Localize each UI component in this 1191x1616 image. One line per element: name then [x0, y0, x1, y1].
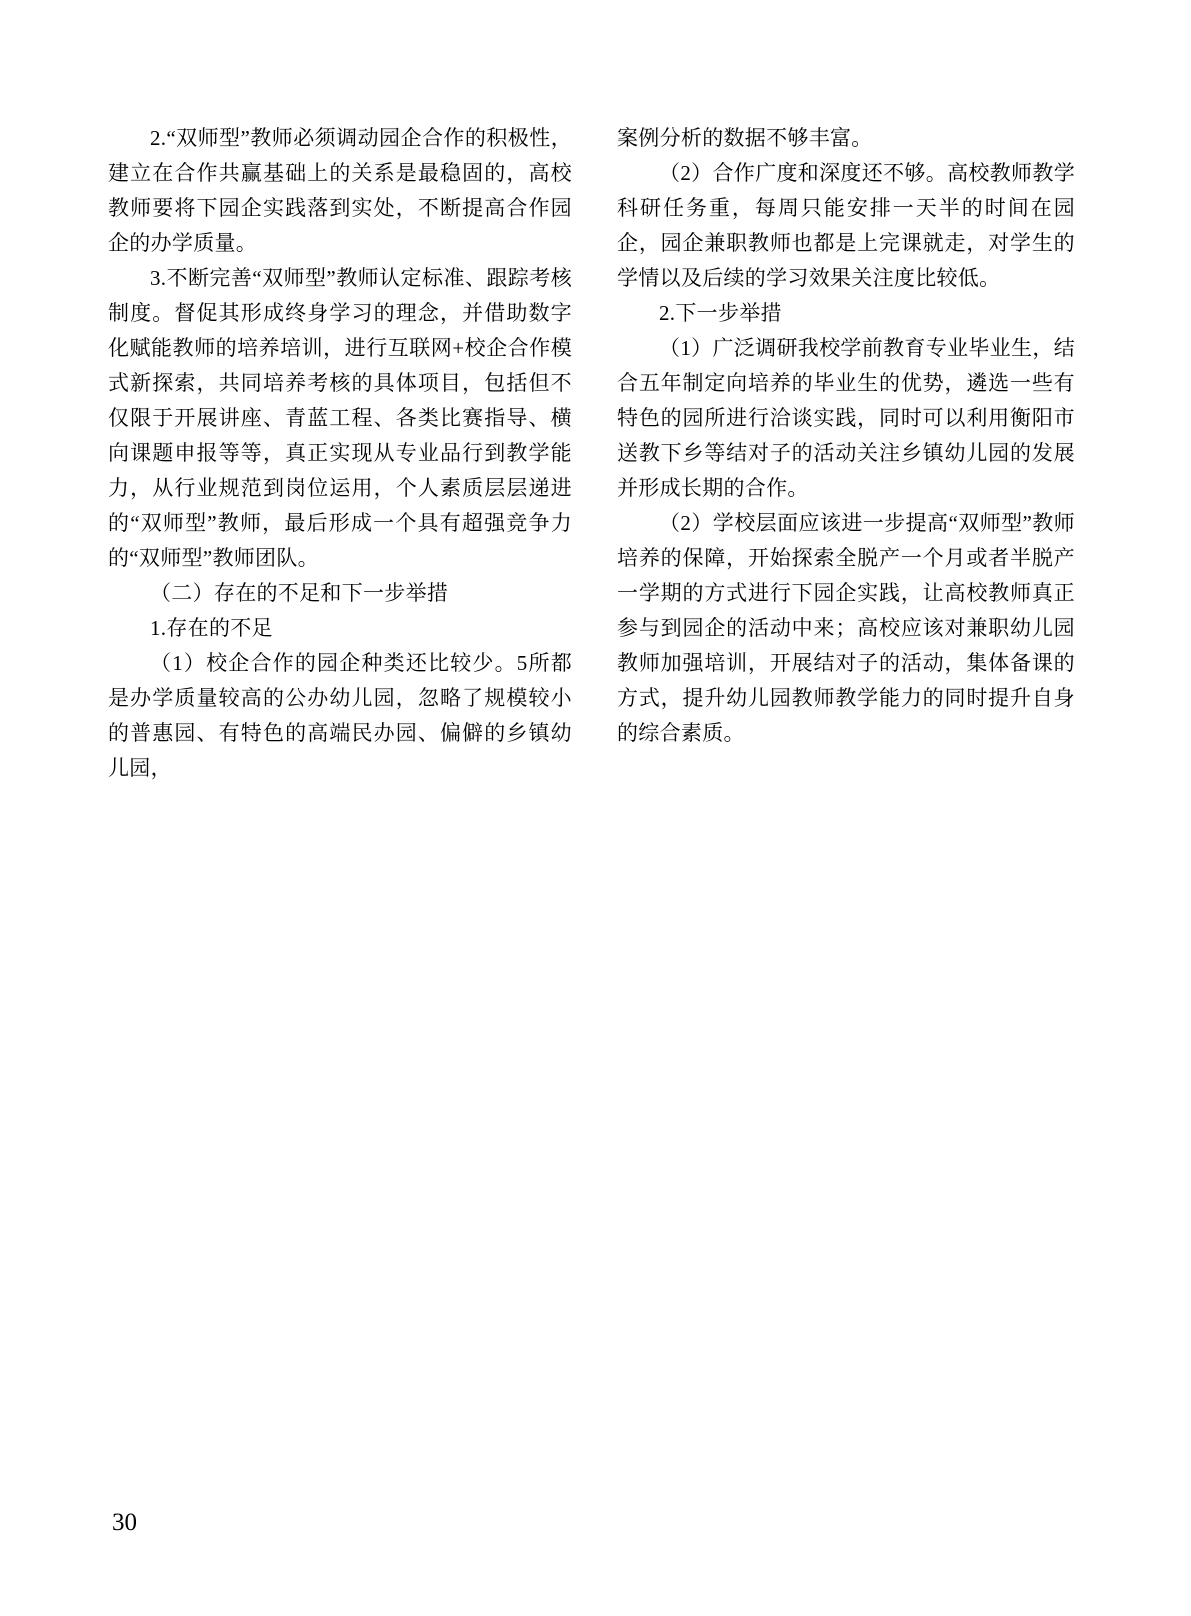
left-column: 2.“双师型”教师必须调动园企合作的积极性，建立在合作共赢基础上的关系是最稳固的…	[108, 121, 572, 786]
two-column-text-block: 2.“双师型”教师必须调动园企合作的积极性，建立在合作共赢基础上的关系是最稳固的…	[108, 121, 1075, 786]
paragraph-next-step-1: （1）广泛调研我校学前教育专业毕业生，结合五年制定向培养的毕业生的优势，遴选一些…	[617, 331, 1075, 506]
subsection-heading-shortcomings: 1.存在的不足	[108, 611, 572, 646]
subsection-heading-next-steps: 2.下一步举措	[617, 296, 1075, 331]
paragraph-shortcoming-1-continuation: 案例分析的数据不够丰富。	[617, 121, 1075, 156]
section-heading-shortcomings-and-next-steps: （二）存在的不足和下一步举措	[108, 576, 572, 611]
paragraph-item-2: 2.“双师型”教师必须调动园企合作的积极性，建立在合作共赢基础上的关系是最稳固的…	[108, 121, 572, 261]
page-number: 30	[112, 1508, 137, 1538]
document-page: 2.“双师型”教师必须调动园企合作的积极性，建立在合作共赢基础上的关系是最稳固的…	[0, 0, 1191, 1616]
paragraph-item-3: 3.不断完善“双师型”教师认定标准、跟踪考核制度。督促其形成终身学习的理念，并借…	[108, 261, 572, 576]
right-column: 案例分析的数据不够丰富。 （2）合作广度和深度还不够。高校教师教学科研任务重，每…	[617, 121, 1075, 786]
paragraph-shortcoming-2: （2）合作广度和深度还不够。高校教师教学科研任务重，每周只能安排一天半的时间在园…	[617, 156, 1075, 296]
paragraph-shortcoming-1: （1）校企合作的园企种类还比较少。5所都是办学质量较高的公办幼儿园，忽略了规模较…	[108, 646, 572, 786]
paragraph-next-step-2: （2）学校层面应该进一步提高“双师型”教师培养的保障，开始探索全脱产一个月或者半…	[617, 506, 1075, 751]
